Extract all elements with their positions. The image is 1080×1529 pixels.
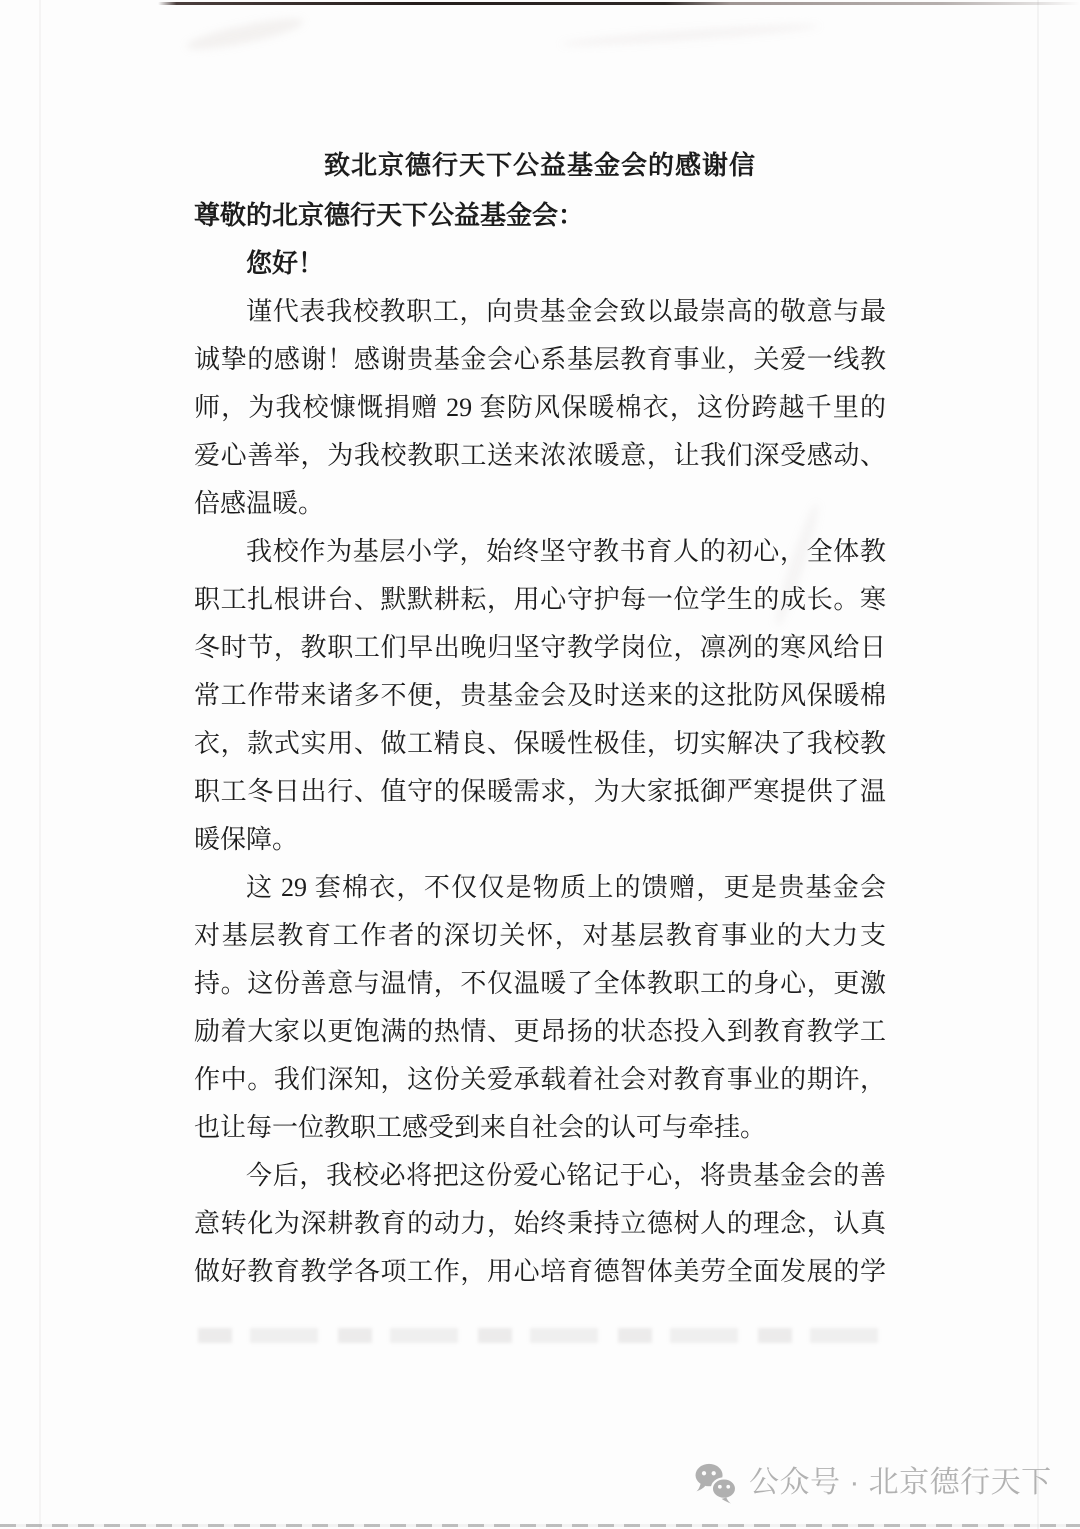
letter-line: 我校作为基层小学，始终坚守教书育人的初心，全体教 — [194, 528, 886, 576]
letter-line: 爱心善举，为我校教职工送来浓浓暖意，让我们深受感动、 — [194, 432, 886, 480]
scan-edge-line-bottom — [0, 1524, 1080, 1527]
letter-line: 衣，款式实用、做工精良、保暖性极佳，切实解决了我校教 — [194, 720, 886, 768]
letter-line: 暖保障。 — [194, 816, 886, 864]
letter-line: 常工作带来诸多不便，贵基金会及时送来的这批防风保暖棉 — [194, 672, 886, 720]
wechat-icon — [693, 1463, 740, 1504]
letter-line: 对基层教育工作者的深切关怀，对基层教育事业的大力支 — [194, 912, 886, 960]
letter-line: 励着大家以更饱满的热情、更昂扬的状态投入到教育教学工 — [194, 1008, 886, 1056]
letter-line: 意转化为深耕教育的动力，始终秉持立德树人的理念，认真 — [194, 1200, 886, 1248]
letter-line: 这 29 套棉衣，不仅仅是物质上的馈赠，更是贵基金会 — [194, 864, 886, 912]
letter-body: 致北京德行天下公益基金会的感谢信 尊敬的北京德行天下公益基金会： 您好！ 谨代表… — [194, 142, 886, 1296]
letter-line: 职工冬日出行、值守的保暖需求，为大家抵御严寒提供了温 — [194, 768, 886, 816]
scan-smudge — [184, 13, 305, 56]
letter-salutation: 尊敬的北京德行天下公益基金会： — [194, 192, 886, 240]
letter-line: 冬时节，教职工们早出晚归坚守教学岗位，凛冽的寒风给日 — [194, 624, 886, 672]
letter-line: 师，为我校慷慨捐赠 29 套防风保暖棉衣，这份跨越千里的 — [194, 384, 886, 432]
letter-line: 作中。我们深知，这份关爱承载着社会对教育事业的期许， — [194, 1056, 886, 1104]
letter-line: 倍感温暖。 — [194, 480, 886, 528]
letter-line: 诚挚的感谢！感谢贵基金会心系基层教育事业，关爱一线教 — [194, 336, 886, 384]
scanned-letter-page: { "page": { "background": "#fdfdfd", "te… — [0, 0, 1080, 1529]
scan-smudge — [560, 21, 820, 49]
letter-line: 做好教育教学各项工作，用心培育德智体美劳全面发展的学 — [194, 1248, 886, 1296]
scan-seam-right — [1037, 0, 1039, 1529]
letter-line: 今后，我校必将把这份爱心铭记于心，将贵基金会的善 — [194, 1152, 886, 1200]
watermark-text: 公众号 · 北京德行天下 — [749, 1461, 1052, 1505]
scan-edge-line-top — [158, 2, 1080, 5]
letter-title: 致北京德行天下公益基金会的感谢信 — [194, 142, 886, 190]
scan-seam-left — [39, 0, 41, 1529]
ghost-text-bleedthrough — [198, 1328, 895, 1343]
letter-line: 持。这份善意与温情，不仅温暖了全体教职工的身心，更激 — [194, 960, 886, 1008]
letter-line: 也让每一位教职工感受到来自社会的认可与牵挂。 — [194, 1104, 886, 1152]
letter-line: 谨代表我校教职工，向贵基金会致以最崇高的敬意与最 — [194, 288, 886, 336]
wechat-watermark: 公众号 · 北京德行天下 — [693, 1461, 1052, 1505]
letter-greeting: 您好！ — [194, 240, 886, 288]
letter-line: 职工扎根讲台、默默耕耘，用心守护每一位学生的成长。寒 — [194, 576, 886, 624]
